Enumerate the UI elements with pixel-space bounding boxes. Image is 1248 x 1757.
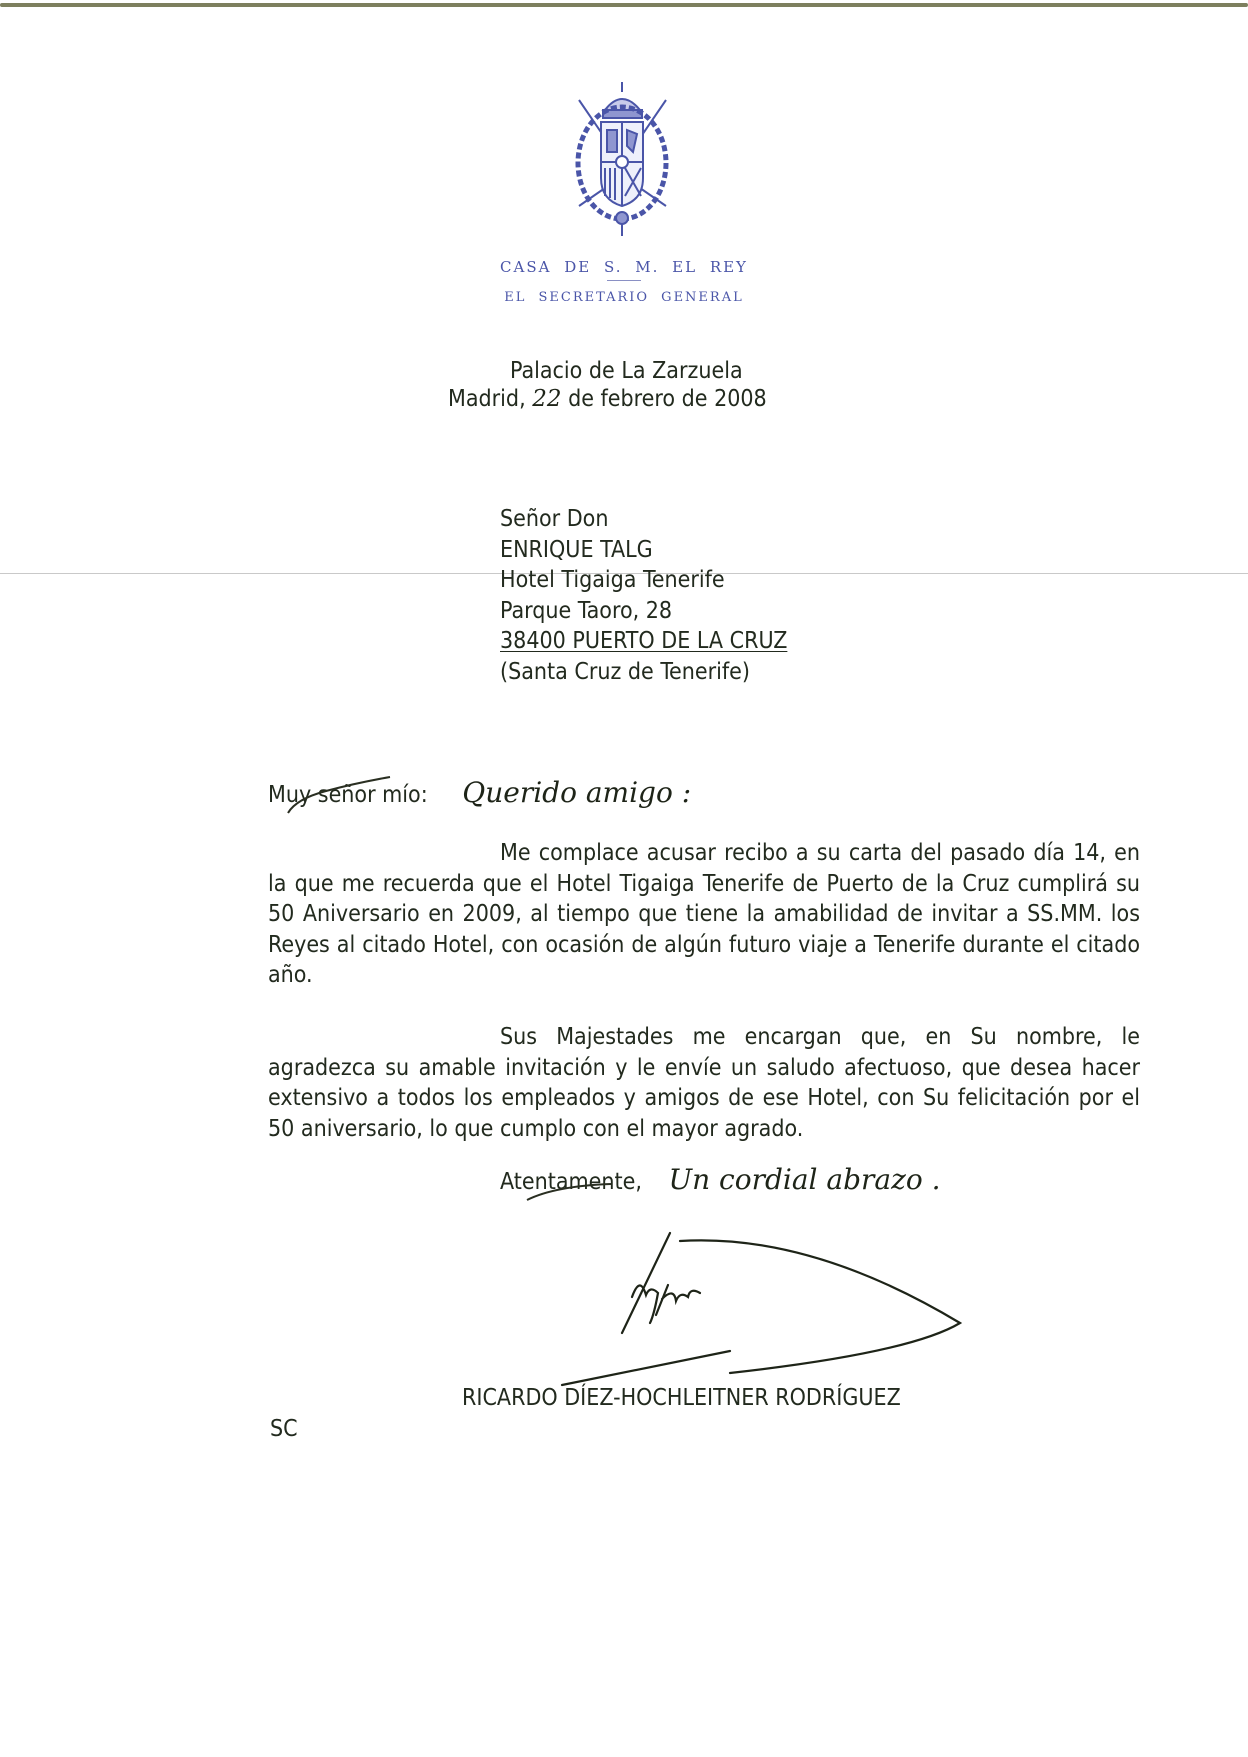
strike-through-mark [525, 1180, 615, 1205]
royal-coat-of-arms-icon [565, 78, 680, 238]
handwritten-signature-icon [550, 1225, 970, 1385]
initials: SC [270, 1414, 298, 1444]
letterhead-title: CASA DE S. M. EL REY [0, 258, 1248, 276]
date-suffix: de febrero de 2008 [568, 386, 767, 412]
body-paragraph: Me complace acusar recibo a su carta del… [268, 838, 1140, 991]
paper-top-edge [0, 3, 1248, 7]
recipient-line: Parque Taoro, 28 [500, 596, 787, 627]
recipient-line: 38400 PUERTO DE LA CRUZ [500, 626, 787, 657]
date-line: Madrid, 22 de febrero de 2008 [448, 384, 767, 414]
recipient-line: (Santa Cruz de Tenerife) [500, 657, 787, 688]
recipient-postal-line: 38400 PUERTO DE LA CRUZ [500, 628, 787, 654]
date-day-handwritten: 22 [532, 386, 561, 412]
salutation-handwritten: Querido amigo : [462, 776, 691, 809]
date-prefix: Madrid, [448, 386, 526, 412]
signatory-name: RICARDO DÍEZ-HOCHLEITNER RODRÍGUEZ [462, 1383, 901, 1413]
recipient-line: Hotel Tigaiga Tenerife [500, 565, 787, 596]
closing-handwritten: Un cordial abrazo . [669, 1163, 941, 1196]
recipient-line: Señor Don [500, 504, 787, 535]
strike-through-mark [286, 775, 406, 815]
letterhead-subtitle: EL SECRETARIO GENERAL [0, 290, 1248, 305]
letterhead-divider [607, 280, 641, 281]
place-line: Palacio de La Zarzuela [510, 356, 743, 386]
recipient-line: ENRIQUE TALG [500, 535, 787, 566]
recipient-address: Señor Don ENRIQUE TALG Hotel Tigaiga Ten… [500, 504, 787, 687]
body-paragraph: Sus Majestades me encargan que, en Su no… [268, 1022, 1140, 1144]
